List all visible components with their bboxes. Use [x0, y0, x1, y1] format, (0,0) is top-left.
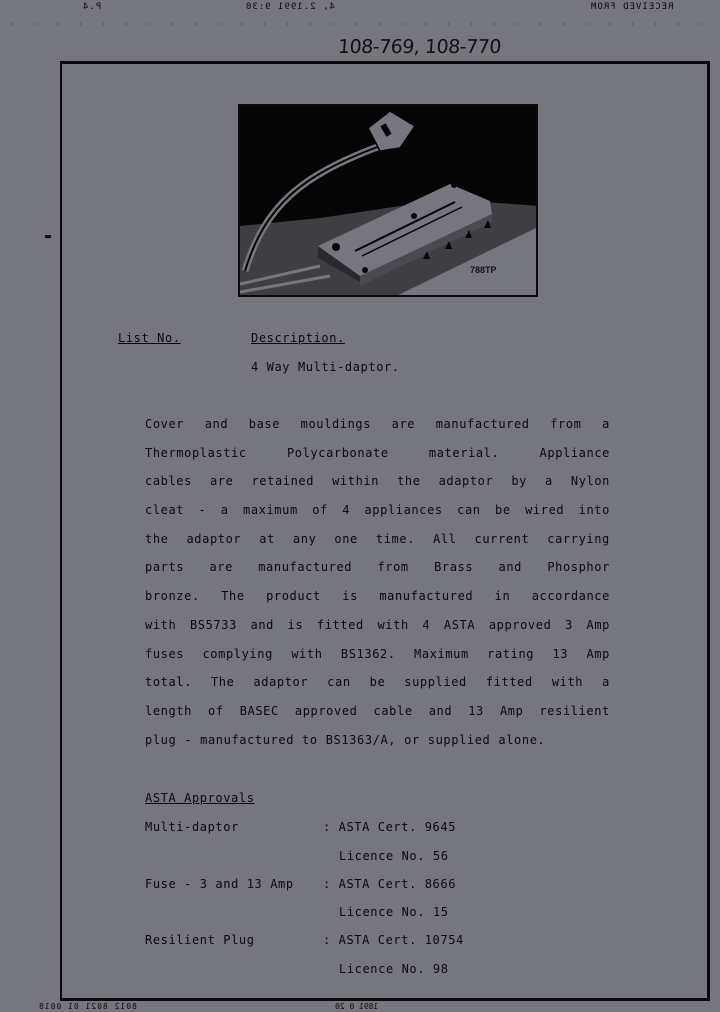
- word: manufactured: [258, 560, 352, 589]
- approval-cert: : ASTA Cert. 10754: [323, 933, 464, 947]
- word: alone.: [498, 733, 545, 762]
- approval-item: Resilient Plug: [145, 933, 255, 947]
- word: into: [579, 503, 610, 532]
- word: Thermoplastic: [145, 446, 247, 475]
- word: adaptor: [439, 474, 494, 503]
- word: bronze.: [145, 589, 200, 618]
- word: are: [210, 474, 233, 503]
- word: Nylon: [571, 474, 610, 503]
- word: manufactured: [379, 589, 473, 618]
- word: adaptor: [186, 532, 241, 561]
- word: to: [302, 733, 318, 762]
- word: a: [602, 417, 610, 446]
- word: Cover: [145, 417, 184, 446]
- word: can: [327, 675, 350, 704]
- description-line: plug-manufacturedtoBS1363/A,orsuppliedal…: [145, 733, 610, 762]
- approval-licence: Licence No. 98: [339, 962, 449, 976]
- word: Phosphor: [547, 560, 610, 589]
- word: from: [377, 560, 408, 589]
- word: parts: [145, 560, 184, 589]
- word: of: [208, 704, 224, 733]
- word: of: [312, 503, 328, 532]
- word: product: [266, 589, 321, 618]
- word: current: [475, 532, 530, 561]
- word: Amp: [586, 647, 609, 676]
- word: All: [433, 532, 456, 561]
- word: retained: [251, 474, 314, 503]
- word: are: [392, 417, 415, 446]
- word: 4: [422, 618, 430, 647]
- word: in: [495, 589, 511, 618]
- description-heading: Description.: [251, 331, 345, 345]
- word: wired: [525, 503, 564, 532]
- description-line: total.Theadaptorcanbesuppliedfittedwitha: [145, 675, 610, 704]
- word: BS1363/A,: [326, 733, 396, 762]
- description-line: bronze.Theproductismanufacturedinaccorda…: [145, 589, 610, 618]
- approvals-title: ASTA Approvals: [145, 791, 255, 805]
- word: be: [495, 503, 511, 532]
- description-line: cleat-amaximumof4appliancescanbewiredint…: [145, 503, 610, 532]
- description-line: withBS5733andisfittedwith4ASTAapproved3A…: [145, 618, 610, 647]
- word: a: [602, 675, 610, 704]
- word: -: [184, 733, 192, 762]
- word: Brass: [434, 560, 473, 589]
- approval-licence: Licence No. 56: [339, 849, 449, 863]
- word: from: [550, 417, 581, 446]
- list-no-heading: List No.: [118, 331, 181, 345]
- description-line: cablesareretainedwithintheadaptorbyaNylo…: [145, 474, 610, 503]
- word: cable: [374, 704, 413, 733]
- word: mouldings: [301, 417, 371, 446]
- description-line: lengthofBASECapprovedcableand13Ampresili…: [145, 704, 610, 733]
- word: the: [145, 532, 168, 561]
- description-line: partsaremanufacturedfromBrassandPhosphor: [145, 560, 610, 589]
- word: and: [429, 704, 452, 733]
- word: Amp: [500, 704, 523, 733]
- fax-header: P.4 4, 2.1991 9:30 RECEIVED FROM: [0, 2, 720, 16]
- word: at: [259, 532, 275, 561]
- word: BS1362.: [341, 647, 396, 676]
- word: supplied: [404, 675, 467, 704]
- word: and: [499, 560, 522, 589]
- word: is: [288, 618, 304, 647]
- word: be: [370, 675, 386, 704]
- word: with: [145, 618, 176, 647]
- fax-footer-right: 1891 0 20: [335, 1002, 378, 1011]
- word: fuses: [145, 647, 184, 676]
- word: material.: [429, 446, 499, 475]
- word: Appliance: [540, 446, 610, 475]
- word: with: [291, 647, 322, 676]
- description-line: ThermoplasticPolycarbonatematerial.Appli…: [145, 446, 610, 475]
- word: manufactured: [200, 733, 294, 762]
- word: supplied: [428, 733, 491, 762]
- fax-footer-left: 8012 8021 01 0018: [38, 1002, 137, 1011]
- word: a: [545, 474, 553, 503]
- word: approved: [489, 618, 552, 647]
- description-line: Coverandbasemouldingsaremanufacturedfrom…: [145, 417, 610, 446]
- word: fitted: [486, 675, 533, 704]
- word: 13: [552, 647, 568, 676]
- word: Amp: [587, 618, 610, 647]
- approval-item: Multi-daptor: [145, 820, 239, 834]
- word: 3: [565, 618, 573, 647]
- word: is: [342, 589, 358, 618]
- word: cables: [145, 474, 192, 503]
- fax-datetime: 4, 2.1991 9:30: [245, 2, 335, 12]
- word: a: [221, 503, 229, 532]
- word: time.: [376, 532, 415, 561]
- word: rating: [487, 647, 534, 676]
- approval-cert: : ASTA Cert. 9645: [323, 820, 456, 834]
- word: carrying: [547, 532, 610, 561]
- word: adaptor: [253, 675, 308, 704]
- approval-item: Fuse - 3 and 13 Amp: [145, 877, 294, 891]
- fax-page-number: P.4: [82, 2, 101, 12]
- margin-mark: [45, 235, 51, 238]
- word: Maximum: [414, 647, 469, 676]
- word: total.: [145, 675, 192, 704]
- word: accordance: [532, 589, 610, 618]
- fax-received-from: RECEIVED FROM: [590, 2, 673, 12]
- description-line: theadaptoratanyonetime.Allcurrentcarryin…: [145, 532, 610, 561]
- word: manufactured: [436, 417, 530, 446]
- word: and: [205, 417, 228, 446]
- word: are: [209, 560, 232, 589]
- word: the: [397, 474, 420, 503]
- word: maximum: [243, 503, 298, 532]
- handwritten-reference: 108-769, 108-770: [337, 36, 501, 58]
- product-description: Coverandbasemouldingsaremanufacturedfrom…: [145, 417, 610, 761]
- word: BS5733: [190, 618, 237, 647]
- word: with: [377, 618, 408, 647]
- word: one: [334, 532, 357, 561]
- photo-reference-code: 788TP: [470, 265, 497, 275]
- word: or: [404, 733, 420, 762]
- approval-cert: : ASTA Cert. 8666: [323, 877, 456, 891]
- word: ASTA: [444, 618, 475, 647]
- word: with: [552, 675, 583, 704]
- approval-licence: Licence No. 15: [339, 905, 449, 919]
- word: 4: [342, 503, 350, 532]
- word: resilient: [539, 704, 609, 733]
- word: BASEC: [240, 704, 279, 733]
- word: approved: [295, 704, 358, 733]
- word: 13: [468, 704, 484, 733]
- word: fitted: [317, 618, 364, 647]
- word: Polycarbonate: [287, 446, 389, 475]
- word: plug: [145, 733, 176, 762]
- word: can: [457, 503, 480, 532]
- word: by: [511, 474, 527, 503]
- word: within: [332, 474, 379, 503]
- word: The: [211, 675, 234, 704]
- word: The: [221, 589, 244, 618]
- word: and: [251, 618, 274, 647]
- word: appliances: [364, 503, 442, 532]
- fax-noise-dots: [0, 22, 720, 26]
- description-line: fusescomplyingwithBS1362.Maximumrating13…: [145, 647, 610, 676]
- word: cleat: [145, 503, 184, 532]
- product-name: 4 Way Multi-daptor.: [251, 360, 400, 374]
- word: any: [293, 532, 316, 561]
- word: length: [145, 704, 192, 733]
- word: complying: [202, 647, 272, 676]
- word: -: [199, 503, 207, 532]
- word: base: [249, 417, 280, 446]
